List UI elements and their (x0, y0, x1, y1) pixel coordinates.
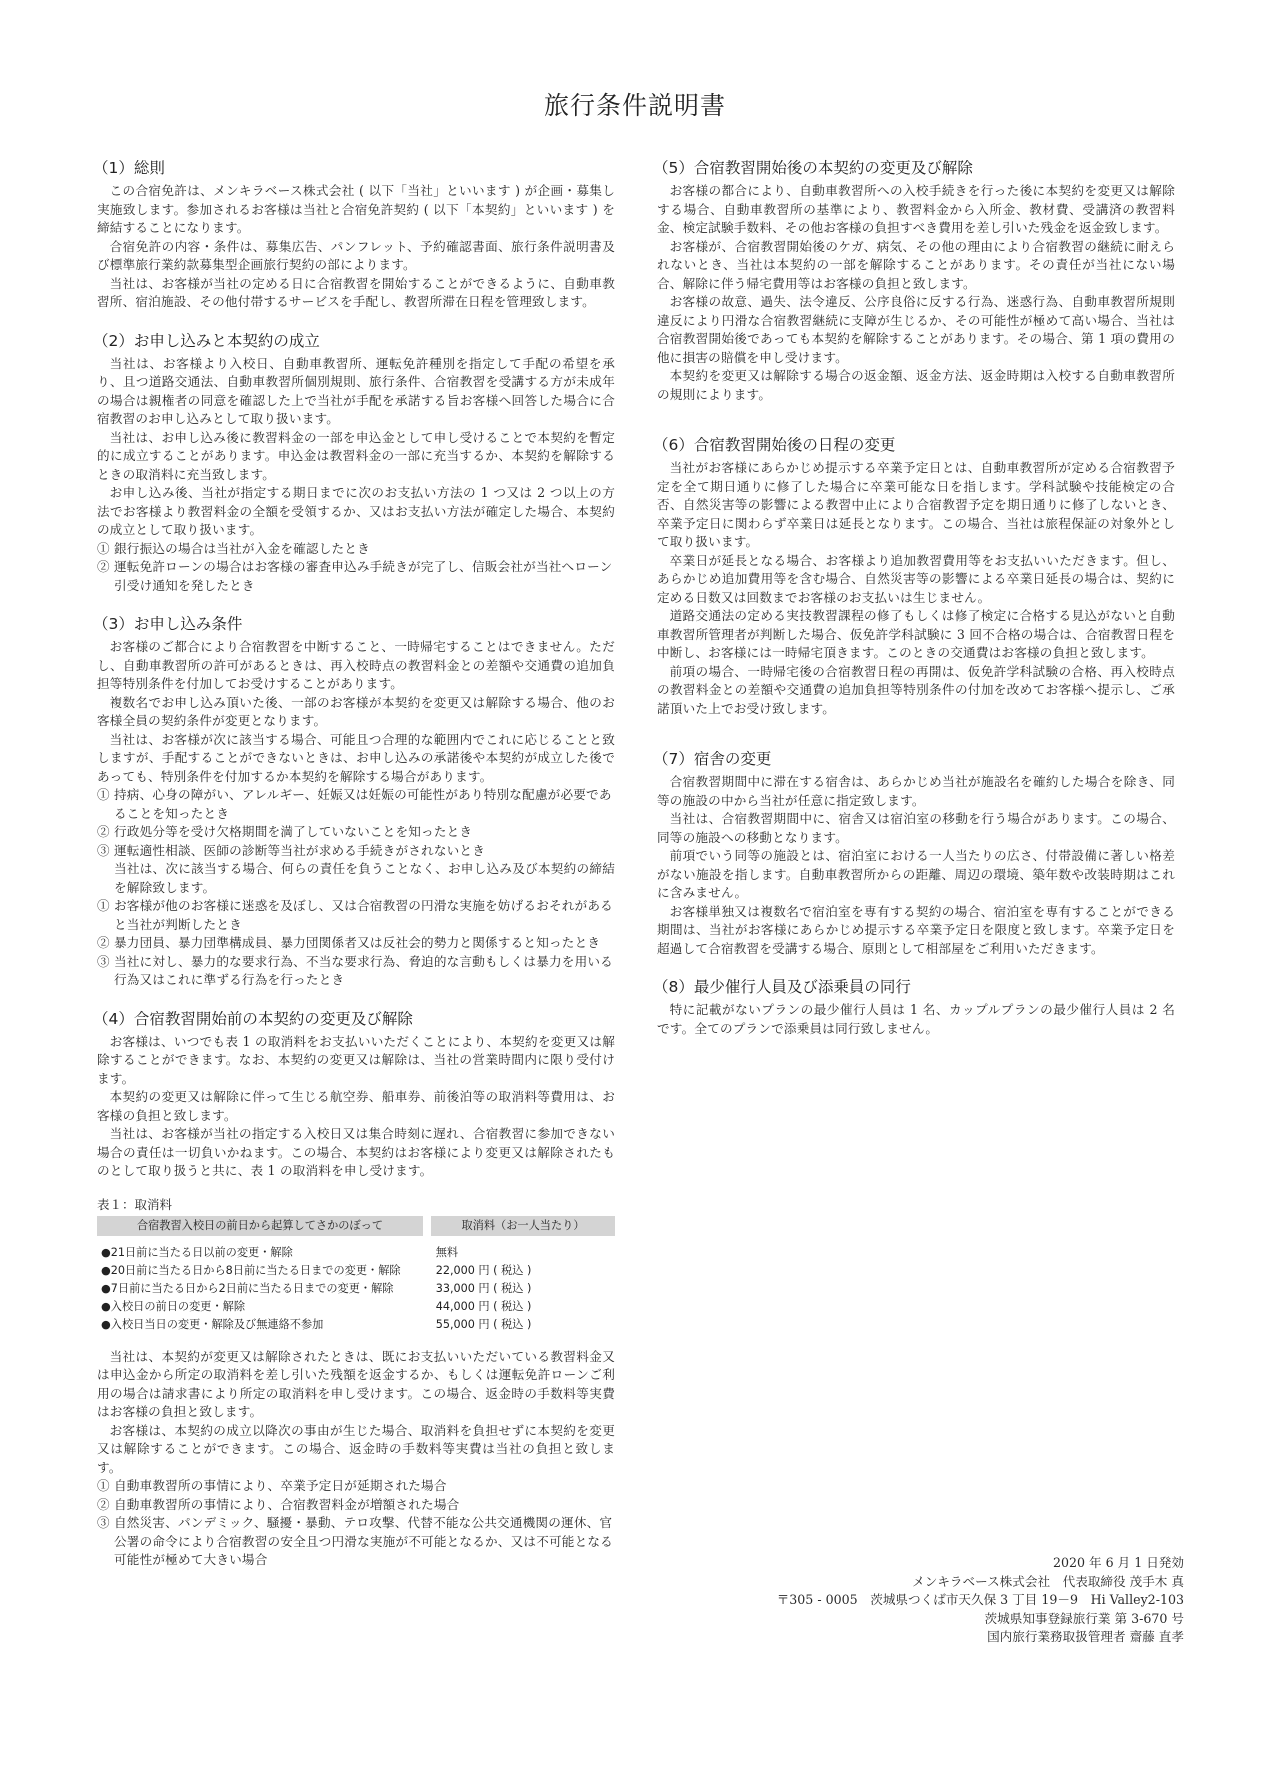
section-heading: （2）お申し込みと本契約の成立 (93, 330, 615, 352)
list-item: ③ 自然災害、パンデミック、騒擾・暴動、テロ攻撃、代替不能な公共交通機関の運休、… (97, 1514, 615, 1570)
paragraph: 当社は、お客様が当社の定める日に合宿教習を開始することができるように、自動車教習… (97, 275, 615, 312)
fee-cell: 44,000 円 ( 税込 ) (434, 1298, 615, 1316)
table-row: ●7日前に当たる日から2日前に当たる日までの変更・解除 33,000 円 ( 税… (97, 1280, 615, 1298)
paragraph: お客様のご都合により合宿教習を中断すること、一時帰宅することはできません。ただし… (97, 638, 615, 694)
column-header-period: 合宿教習入校日の前日から起算してさかのぼって (97, 1216, 423, 1236)
paragraph: 複数名でお申し込み頂いた後、一部のお客様が本契約を変更又は解除する場合、他のお客… (97, 694, 615, 731)
section-schedule-change: （6）合宿教習開始後の日程の変更 当社がお客様にあらかじめ提示する卒業予定日とは… (657, 434, 1175, 718)
list-item: ② 暴力団員、暴力団準構成員、暴力団関係者又は反社会的勢力と関係すると知ったとき (97, 934, 615, 953)
company-address: 〒305 - 0005 茨城県つくば市天久保 3 丁目 19－9 Hi Vall… (777, 1591, 1184, 1610)
section-heading: （1）総則 (93, 157, 615, 179)
paragraph: 特に記載がないプランの最少催行人員は 1 名、カップルプランの最少催行人員は 2… (657, 1001, 1175, 1038)
section-heading: （7）宿舎の変更 (653, 748, 1175, 770)
paragraph: 当社は、お申し込み後に教習料金の一部を申込金として申し受けることで本契約を暫定的… (97, 429, 615, 485)
list-item: ① お客様が他のお客様に迷惑を及ぼし、又は合宿教習の円滑な実施を妨げるおそれがあ… (97, 897, 615, 934)
travel-manager: 国内旅行業務取扱管理者 齋藤 直孝 (777, 1628, 1184, 1647)
paragraph: 当社がお客様にあらかじめ提示する卒業予定日とは、自動車教習所が定める合宿教習予定… (657, 459, 1175, 552)
fee-cell: 55,000 円 ( 税込 ) (434, 1316, 615, 1334)
table-row: ●21日前に当たる日以前の変更・解除 無料 (97, 1244, 615, 1262)
table-row: ●20日前に当たる日から8日前に当たる日までの変更・解除 22,000 円 ( … (97, 1262, 615, 1280)
paragraph: お客様の故意、過失、法令違反、公序良俗に反する行為、迷惑行為、自動車教習所規則違… (657, 293, 1175, 367)
paragraph: 合宿免許の内容・条件は、募集広告、パンフレット、予約確認書面、旅行条件説明書及び… (97, 238, 615, 275)
period-cell: ●21日前に当たる日以前の変更・解除 (97, 1244, 434, 1262)
paragraph: お客様は、本契約の成立以降次の事由が生じた場合、取消料を負担せずに本契約を変更又… (97, 1422, 615, 1478)
paragraph: 当社は、次に該当する場合、何らの責任を負うことなく、お申し込み及び本契約の締結を… (97, 860, 615, 897)
paragraph: お客様は、いつでも表 1 の取消料をお支払いいただくことにより、本契約を変更又は… (97, 1033, 615, 1089)
paragraph: 当社は、合宿教習期間中に、宿舎又は宿泊室の移動を行う場合があります。この場合、同… (657, 810, 1175, 847)
paragraph: この合宿免許は、メンキラベース株式会社 ( 以下「当社」といいます ) が企画・… (97, 182, 615, 238)
column-header-fee: 取消料（お一人当たり） (431, 1216, 615, 1236)
fee-cell: 無料 (434, 1244, 615, 1262)
paragraph: 合宿教習期間中に滞在する宿舎は、あらかじめ当社が施設名を確約した場合を除き、同等… (657, 773, 1175, 810)
section-application-conditions: （3）お申し込み条件 お客様のご都合により合宿教習を中断すること、一時帰宅するこ… (97, 613, 615, 990)
list-item: ③ 当社に対し、暴力的な要求行為、不当な要求行為、脅迫的な言動もしくは暴力を用い… (97, 953, 615, 990)
period-cell: ●入校日の前日の変更・解除 (97, 1298, 434, 1316)
period-cell: ●入校日当日の変更・解除及び無連絡不参加 (97, 1316, 434, 1334)
right-column: （5）合宿教習開始後の本契約の変更及び解除 お客様の都合により、自動車教習所への… (657, 157, 1175, 1038)
list-item: ① 自動車教習所の事情により、卒業予定日が延期された場合 (97, 1477, 615, 1496)
section-general: （1）総則 この合宿免許は、メンキラベース株式会社 ( 以下「当社」といいます … (97, 157, 615, 312)
list-item: ② 行政処分等を受け欠格期間を満了していないことを知ったとき (97, 823, 615, 842)
registration-number: 茨城県知事登録旅行業 第 3-670 号 (777, 1610, 1184, 1629)
list-item: ③ 運転適性相談、医師の診断等当社が求める手続きがされないとき (97, 842, 615, 861)
section-minimum-participants: （8）最少催行人員及び添乗員の同行 特に記載がないプランの最少催行人員は 1 名… (657, 976, 1175, 1038)
paragraph: 当社は、お客様が当社の指定する入校日又は集合時刻に遅れ、合宿教習に参加できない場… (97, 1125, 615, 1181)
list-item: ① 銀行振込の場合は当社が入金を確認したとき (97, 540, 615, 559)
paragraph: 道路交通法の定める実技教習課程の修了もしくは修了検定に合格する見込がないと自動車… (657, 607, 1175, 663)
paragraph: お客様単独又は複数名で宿泊室を専有する契約の場合、宿泊室を専有することができる期… (657, 903, 1175, 959)
left-column: （1）総則 この合宿免許は、メンキラベース株式会社 ( 以下「当社」といいます … (97, 157, 615, 1570)
paragraph: 当社は、本契約が変更又は解除されたときは、既にお支払いいただいている教習料金又は… (97, 1348, 615, 1422)
effective-date: 2020 年 6 月 1 日発効 (777, 1554, 1184, 1573)
section-application-contract: （2）お申し込みと本契約の成立 当社は、お客様より入校日、自動車教習所、運転免許… (97, 330, 615, 596)
section-heading: （4）合宿教習開始前の本契約の変更及び解除 (93, 1008, 615, 1030)
fee-cell: 33,000 円 ( 税込 ) (434, 1280, 615, 1298)
paragraph: 本契約を変更又は解除する場合の返金額、返金方法、返金時期は入校する自動車教習所の… (657, 367, 1175, 404)
table-row: ●入校日の前日の変更・解除 44,000 円 ( 税込 ) (97, 1298, 615, 1316)
paragraph: 卒業日が延長となる場合、お客様より追加教習費用等をお支払いいただきます。但し、あ… (657, 552, 1175, 608)
section-lodging-change: （7）宿舎の変更 合宿教習期間中に滞在する宿舎は、あらかじめ当社が施設名を確約し… (657, 748, 1175, 958)
table-row: ●入校日当日の変更・解除及び無連絡不参加 55,000 円 ( 税込 ) (97, 1316, 615, 1334)
paragraph: 当社は、お客様が次に該当する場合、可能且つ合理的な範囲内でこれに応じることと致し… (97, 731, 615, 787)
section-heading: （8）最少催行人員及び添乗員の同行 (653, 976, 1175, 998)
section-heading: （6）合宿教習開始後の日程の変更 (653, 434, 1175, 456)
list-item: ② 自動車教習所の事情により、合宿教習料金が増額された場合 (97, 1496, 615, 1515)
section-pre-start-cancellation: （4）合宿教習開始前の本契約の変更及び解除 お客様は、いつでも表 1 の取消料を… (97, 1008, 615, 1570)
list-item: ① 持病、心身の障がい、アレルギー、妊娠又は妊娠の可能性があり特別な配慮が必要で… (97, 786, 615, 823)
paragraph: 本契約の変更又は解除に伴って生じる航空券、船車券、前後泊等の取消料等費用は、お客… (97, 1088, 615, 1125)
fee-cell: 22,000 円 ( 税込 ) (434, 1262, 615, 1280)
company-name: メンキラベース株式会社 代表取締役 茂手木 真 (777, 1573, 1184, 1592)
document-title: 旅行条件説明書 (0, 86, 1270, 122)
table-header: 合宿教習入校日の前日から起算してさかのぼって 取消料（お一人当たり） (97, 1216, 615, 1236)
paragraph: 当社は、お客様より入校日、自動車教習所、運転免許種別を指定して手配の希望を承り、… (97, 355, 615, 429)
paragraph: お客様が、合宿教習開始後のケガ、病気、その他の理由により合宿教習の継続に耐えられ… (657, 238, 1175, 294)
paragraph: 前項の場合、一時帰宅後の合宿教習日程の再開は、仮免許学科試験の合格、再入校時点の… (657, 663, 1175, 719)
table-caption: 表１：取消料 (97, 1195, 615, 1213)
period-cell: ●20日前に当たる日から8日前に当たる日までの変更・解除 (97, 1262, 434, 1280)
cancellation-fee-table: 合宿教習入校日の前日から起算してさかのぼって 取消料（お一人当たり） ●21日前… (97, 1216, 615, 1334)
section-post-start-cancellation: （5）合宿教習開始後の本契約の変更及び解除 お客様の都合により、自動車教習所への… (657, 157, 1175, 404)
paragraph: お申し込み後、当社が指定する期日までに次のお支払い方法の 1 つ又は 2 つ以上… (97, 484, 615, 540)
section-heading: （3）お申し込み条件 (93, 613, 615, 635)
period-cell: ●7日前に当たる日から2日前に当たる日までの変更・解除 (97, 1280, 434, 1298)
section-heading: （5）合宿教習開始後の本契約の変更及び解除 (653, 157, 1175, 179)
paragraph: 前項でいう同等の施設とは、宿泊室における一人当たりの広さ、付帯設備に著しい格差が… (657, 847, 1175, 903)
paragraph: お客様の都合により、自動車教習所への入校手続きを行った後に本契約を変更又は解除す… (657, 182, 1175, 238)
list-item: ② 運転免許ローンの場合はお客様の審査申込み手続きが完了し、信販会社が当社へロー… (97, 558, 615, 595)
company-footer: 2020 年 6 月 1 日発効 メンキラベース株式会社 代表取締役 茂手木 真… (777, 1554, 1184, 1647)
